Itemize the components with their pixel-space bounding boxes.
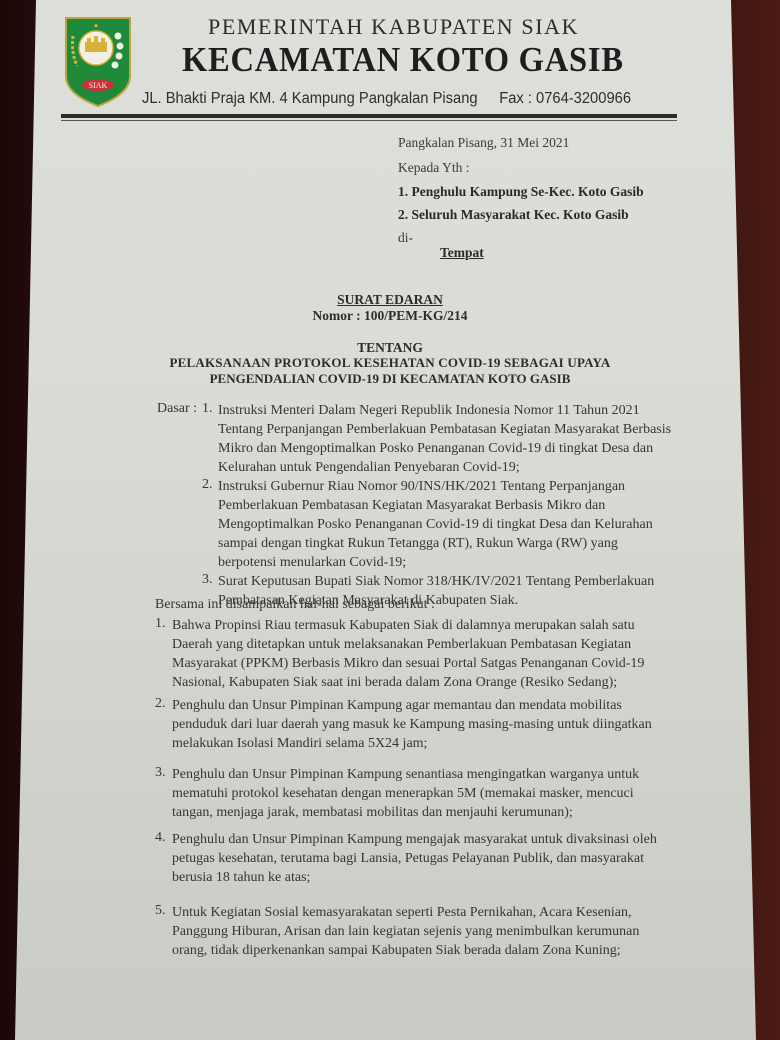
document-type: SURAT EDARAN [130,292,650,308]
basis-item-1: Instruksi Menteri Dalam Negeri Republik … [218,401,723,477]
letterhead-rule-thick [61,114,677,118]
government-name: PEMERINTAH KABUPATEN SIAK [208,14,579,40]
document-number: Nomor : 100/PEM-KG/214 [130,308,650,324]
recipient-1: 1. Penghulu Kampung Se-Kec. Koto Gasib [398,184,644,200]
salutation: Kepada Yth : [398,160,469,176]
place-date: Pangkalan Pisang, 31 Mei 2021 [398,135,569,151]
basis-item-2: Instruksi Gubernur Riau Nomor 90/INS/HK/… [218,477,723,572]
body-item-1-num: 1. [155,616,166,632]
recipient-place: Tempat [440,245,484,261]
basis-label: Dasar : [157,401,197,417]
subject-line-2: PENGENDALIAN COVID-19 DI KECAMATAN KOTO … [130,371,650,387]
subject-line-1: PELAKSANAAN PROTOKOL KESEHATAN COVID-19 … [130,355,650,371]
office-address-line: JL. Bhakti Praja KM. 4 Kampung Pangkalan… [142,90,478,108]
svg-text:SIAK: SIAK [89,81,108,90]
body-item-1: Bahwa Propinsi Riau termasuk Kabupaten S… [172,616,727,692]
office-fax: Fax : 0764-3200966 [499,90,631,108]
basis-item-2-num: 2. [202,477,213,493]
body-item-5: Untuk Kegiatan Sosial kemasyarakatan sep… [172,903,727,960]
body-item-3-num: 3. [155,765,166,781]
siak-regency-emblem-icon: SIAK [63,14,133,108]
body-item-2: Penghulu dan Unsur Pimpinan Kampung agar… [172,696,727,753]
body-item-4-num: 4. [155,830,166,846]
body-intro: Bersama ini disampaikan hal-hal sebagai … [155,597,435,613]
letter-page: SIAK PEMERINTAH KABUPATEN SIAK KECAMATAN… [0,0,780,1040]
body-item-4: Penghulu dan Unsur Pimpinan Kampung meng… [172,830,727,887]
basis-item-3-num: 3. [202,572,213,588]
recipient-at: di- [398,230,413,246]
body-item-2-num: 2. [155,696,166,712]
office-name: KECAMATAN KOTO GASIB [182,40,624,80]
body-item-3: Penghulu dan Unsur Pimpinan Kampung sena… [172,765,727,822]
letterhead-rule-thin [61,120,677,121]
basis-item-1-num: 1. [202,401,213,417]
recipient-2: 2. Seluruh Masyarakat Kec. Koto Gasib [398,207,629,223]
about-label: TENTANG [130,340,650,356]
office-address: JL. Bhakti Praja KM. 4 Kampung Pangkalan… [142,90,478,107]
body-item-5-num: 5. [155,903,166,919]
